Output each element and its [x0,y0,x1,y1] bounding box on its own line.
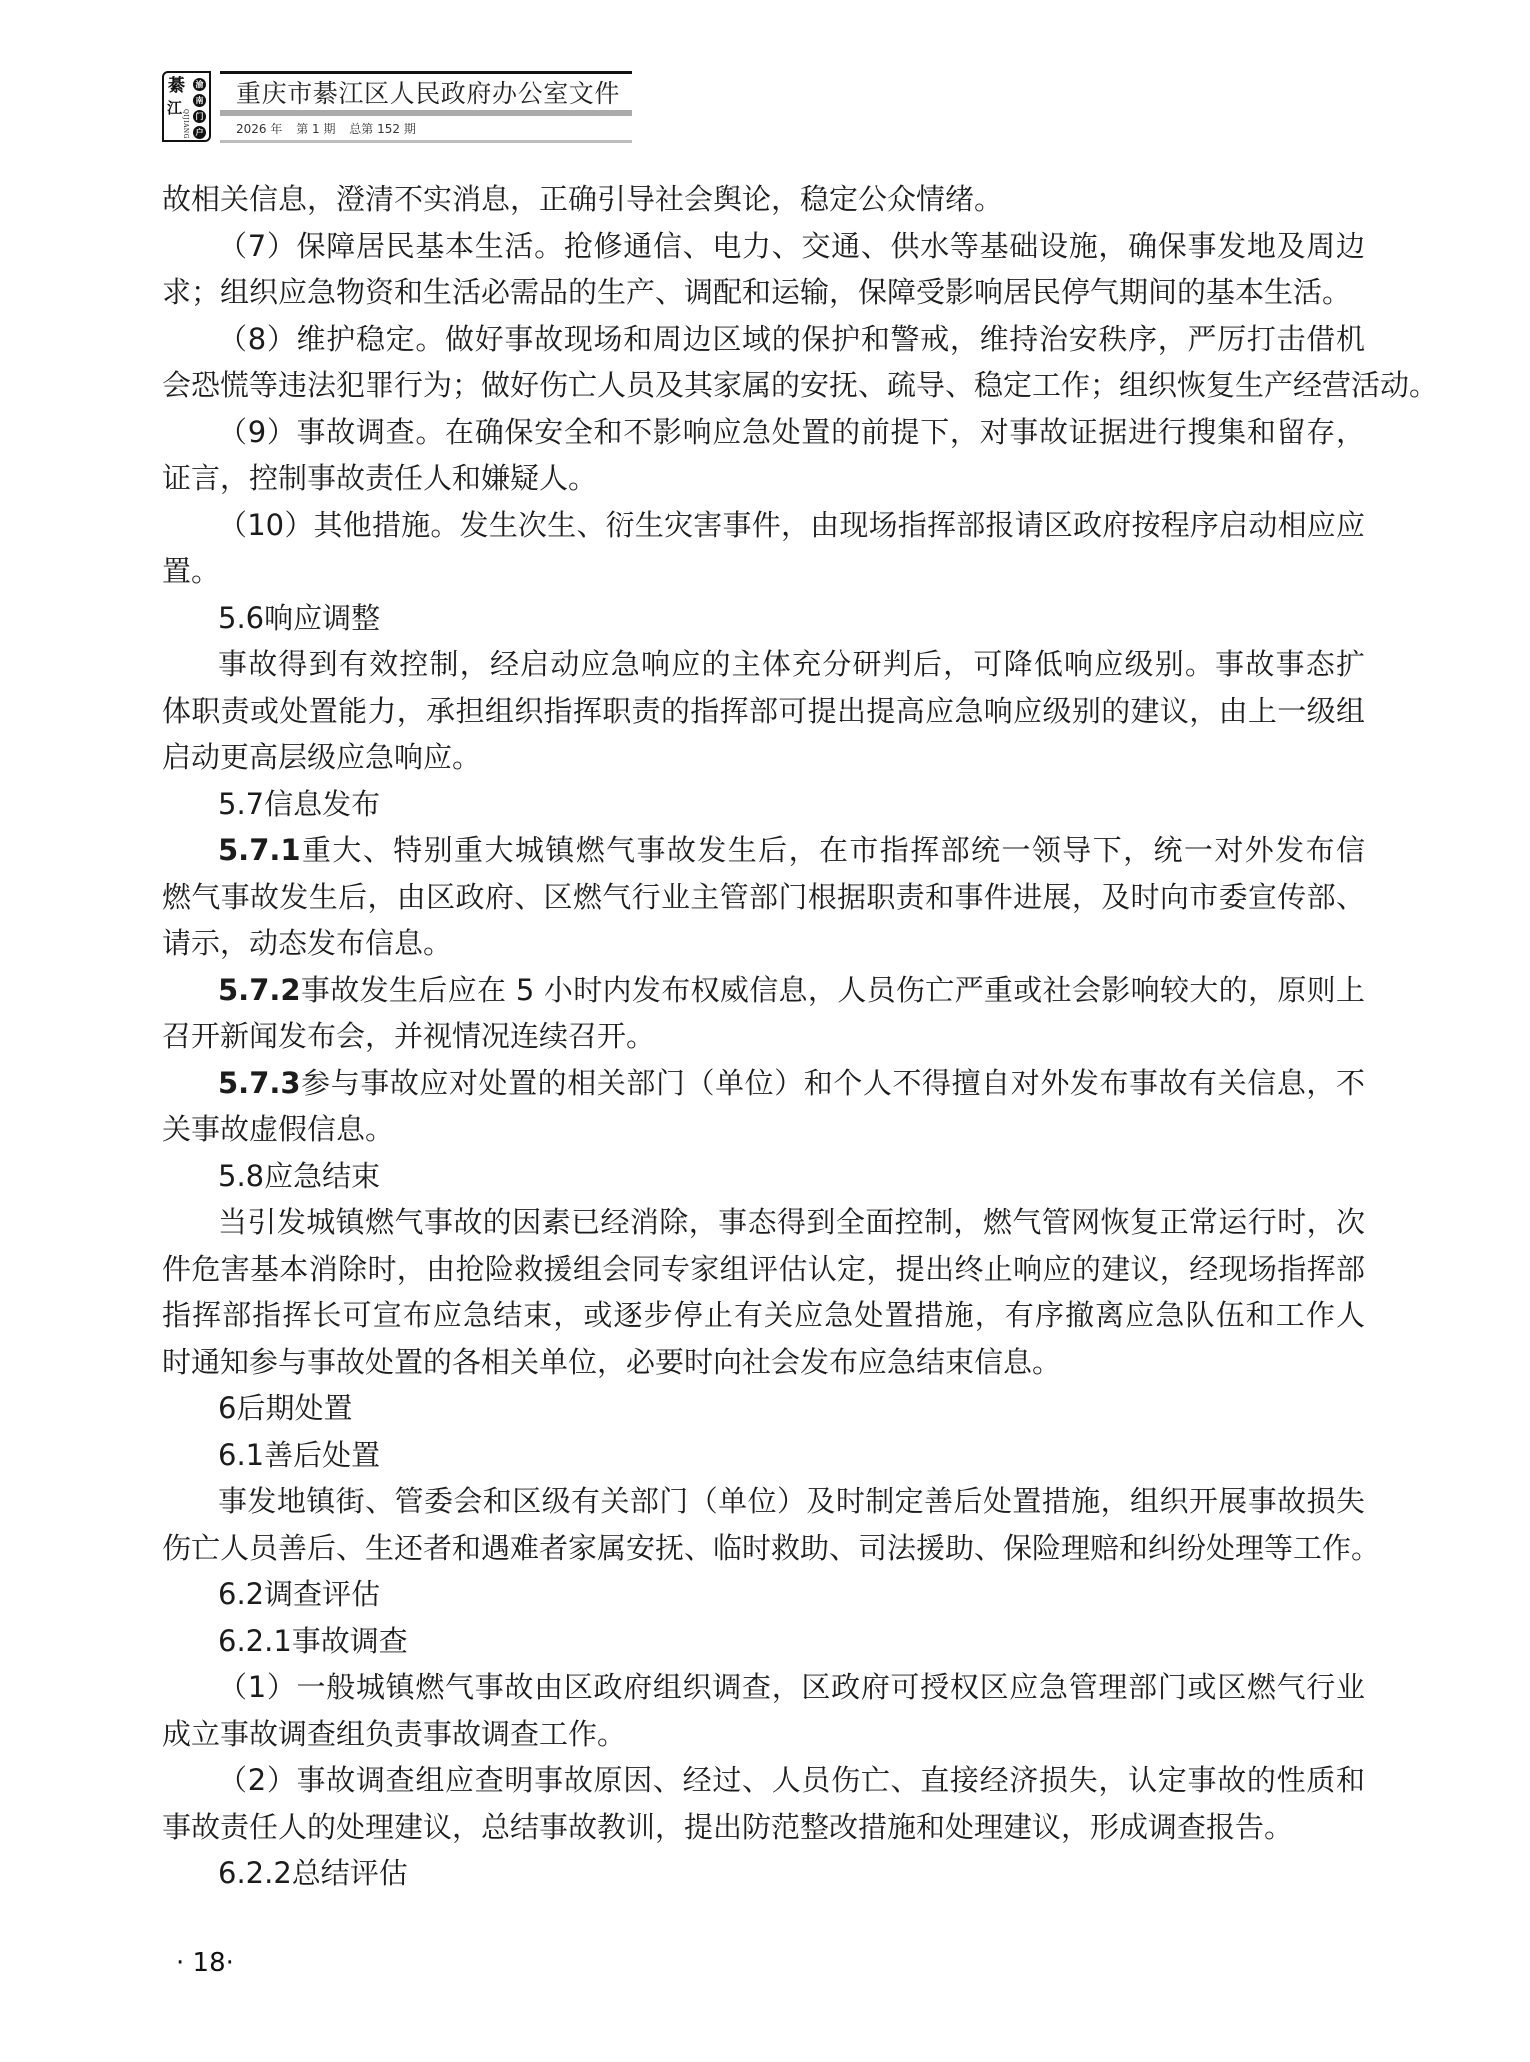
line-text: 其他措施。发生次生、衍生灾害事件，由现场指挥部报请区政府按程序启动相应应急预案共… [218,508,1365,549]
logo-pinyin: QIJIANG [182,109,189,139]
line-text: 请示，动态发布信息。 [162,926,452,960]
paragraph-line: 请示，动态发布信息。 [162,920,1365,967]
line-text: 成立事故调查组负责事故调查工作。 [162,1717,626,1751]
logo-char-jiang: 江 [167,100,182,117]
line-text: 燃气事故发生后，由区政府、区燃气行业主管部门根据职责和事件进展，及时向市委宣传部… [162,880,1365,921]
section-label: 6.1 [218,1438,264,1472]
line-text: 事故得到有效控制，经启动应急响应的主体充分研判后，可降低响应级别。事故事态扩大，… [218,647,1365,688]
line-text: 时通知参与事故处置的各相关单位，必要时向社会发布应急结束信息。 [162,1345,1061,1379]
logo-circle-char: 门 [193,110,206,123]
paragraph-line: 事故责任人的处理建议，总结事故教训，提出防范整改措施和处理建议，形成调查报告。 [162,1804,1365,1851]
paragraph-heading-line: （10）其他措施。发生次生、衍生灾害事件，由现场指挥部报请区政府按程序启动相应应… [162,502,1365,549]
section-label: 5.7.1 [218,833,301,867]
section-label: 5.7.3 [218,1066,301,1100]
logo-circle-char: 渝 [193,78,206,91]
paragraph-heading-line: （2）事故调查组应查明事故原因、经过、人员伤亡、直接经济损失，认定事故的性质和事… [162,1757,1365,1804]
paragraph-heading-line: （9）事故调查。在确保安全和不影响应急处置的前提下，对事故证据进行搜集和留存，寻… [162,409,1365,456]
section-label: （2） [218,1763,297,1797]
paragraph-heading-line: 5.7.1重大、特别重大城镇燃气事故发生后，在市指挥部统一领导下，统一对外发布信… [162,827,1365,874]
logo-circle-char: 户 [193,126,206,139]
line-text: 证言，控制事故责任人和嫌疑人。 [162,461,597,495]
paragraph-heading-line: 6.2.2总结评估 [162,1850,1365,1897]
line-text: 维护稳定。做好事故现场和周边区域的保护和警戒，维持治安秩序，严厉打击借机传播谣言… [218,322,1365,363]
paragraph-heading-line: （1）一般城镇燃气事故由区政府组织调查，区政府可授权区应急管理部门或区燃气行业主… [162,1664,1365,1711]
section-label: （8） [218,322,297,356]
issue-total: 总第 152 期 [349,122,416,136]
line-text: 响应调整 [264,601,380,635]
section-label: 6.2.2 [218,1856,292,1890]
line-text: 保障居民基本生活。抢修通信、电力、交通、供水等基础设施，确保事发地及周边居民用水… [218,229,1365,270]
line-text: 伤亡人员善后、生还者和遇难者家属安抚、临时救助、司法援助、保险理赔和纠纷处理等工… [162,1531,1380,1565]
line-text: 善后处置 [264,1438,380,1472]
paragraph-line: 故相关信息，澄清不实消息，正确引导社会舆论，稳定公众情绪。 [162,176,1365,223]
line-text: 事故调查。在确保安全和不影响应急处置的前提下，对事故证据进行搜集和留存，寻找证人… [218,415,1365,456]
section-label: 6 [218,1391,236,1425]
line-text: 总结评估 [292,1856,408,1890]
paragraph-line: 关事故虚假信息。 [162,1106,1365,1153]
section-label: 5.7.2 [218,973,301,1007]
section-label: 5.7 [218,787,264,821]
logo-circle-group: 渝 南 门 户 [193,78,206,142]
line-text: 件危害基本消除时，由抢险救援组会同专家组评估认定，提出终止响应的建议，经现场指挥… [162,1252,1365,1293]
logo-circle-char: 南 [193,94,206,107]
line-text: 置。 [162,554,220,588]
paragraph-line: 时通知参与事故处置的各相关单位，必要时向社会发布应急结束信息。 [162,1339,1365,1386]
line-text: 启动更高层级应急响应。 [162,740,481,774]
logo-char-qi: 綦 [168,78,185,95]
line-text: 事故调查 [292,1624,408,1658]
line-text: 召开新闻发布会，并视情况连续召开。 [162,1019,655,1053]
masthead-gray-bar [220,110,632,116]
masthead-title: 重庆市綦江区人民政府办公室文件 [236,79,620,109]
paragraph-line: 会恐慌等违法犯罪行为；做好伤亡人员及其家属的安抚、疏导、稳定工作；组织恢复生产经… [162,362,1365,409]
line-text: 后期处置 [236,1391,352,1425]
masthead-top-rule [220,71,632,74]
paragraph-line: 指挥部指挥长可宣布应急结束，或逐步停止有关应急处置措施，有序撤离应急队伍和工作人… [162,1292,1365,1339]
line-text: 会恐慌等违法犯罪行为；做好伤亡人员及其家属的安抚、疏导、稳定工作；组织恢复生产经… [162,368,1438,402]
line-text: 关事故虚假信息。 [162,1112,394,1146]
paragraph-heading-line: 6.1善后处置 [162,1432,1365,1479]
section-label: （1） [218,1670,297,1704]
qijiang-logo: 綦 江 QIJIANG 渝 南 门 户 [162,71,211,142]
paragraph-line: 证言，控制事故责任人和嫌疑人。 [162,455,1365,502]
paragraph-heading-line: 5.6响应调整 [162,595,1365,642]
line-text: 事故责任人的处理建议，总结事故教训，提出防范整改措施和处理建议，形成调查报告。 [162,1810,1293,1844]
masthead: 綦 江 QIJIANG 渝 南 门 户 重庆市綦江区人民政府办公室文件 2026… [162,70,632,144]
line-text: 事发地镇街、管委会和区级有关部门（单位）及时制定善后处置措施，组织开展事故损失统… [218,1484,1365,1525]
section-label: （7） [218,229,297,263]
page-number: · 18· [176,1948,234,1978]
paragraph-heading-line: 6后期处置 [162,1385,1365,1432]
line-text: 体职责或处置能力，承担组织指挥职责的指挥部可提出提高应急响应级别的建议，由上一级… [162,694,1365,735]
paragraph-heading-line: （8）维护稳定。做好事故现场和周边区域的保护和警戒，维持治安秩序，严厉打击借机传… [162,316,1365,363]
line-text: 指挥部指挥长可宣布应急结束，或逐步停止有关应急处置措施，有序撤离应急队伍和工作人… [162,1298,1365,1339]
document-body: 故相关信息，澄清不实消息，正确引导社会舆论，稳定公众情绪。（7）保障居民基本生活… [162,176,1365,1897]
section-label: 5.8 [218,1159,264,1193]
paragraph-heading-line: 5.8应急结束 [162,1153,1365,1200]
paragraph-line: 伤亡人员善后、生还者和遇难者家属安抚、临时救助、司法援助、保险理赔和纠纷处理等工… [162,1525,1365,1572]
paragraph-line: 求；组织应急物资和生活必需品的生产、调配和运输，保障受影响居民停气期间的基本生活… [162,269,1365,316]
section-label: 6.2.1 [218,1624,292,1658]
paragraph-line: 燃气事故发生后，由区政府、区燃气行业主管部门根据职责和事件进展，及时向市委宣传部… [162,874,1365,921]
line-text: 应急结束 [264,1159,380,1193]
paragraph-line: 启动更高层级应急响应。 [162,734,1365,781]
line-text: 事故发生后应在 5 小时内发布权威信息，人员伤亡严重或社会影响较大的，原则上应在… [218,973,1365,1014]
paragraph-line: 事发地镇街、管委会和区级有关部门（单位）及时制定善后处置措施，组织开展事故损失统… [162,1478,1365,1525]
section-label: 6.2 [218,1577,264,1611]
paragraph-line: 体职责或处置能力，承担组织指挥职责的指挥部可提出提高应急响应级别的建议，由上一级… [162,688,1365,735]
paragraph-line: 召开新闻发布会，并视情况连续召开。 [162,1013,1365,1060]
line-text: 事故调查组应查明事故原因、经过、人员伤亡、直接经济损失，认定事故的性质和事故责任… [218,1763,1365,1804]
line-text: 重大、特别重大城镇燃气事故发生后，在市指挥部统一领导下，统一对外发布信息。一般、… [218,833,1365,874]
section-label: 5.6 [218,601,264,635]
paragraph-line: 当引发城镇燃气事故的因素已经消除，事态得到全面控制，燃气管网恢复正常运行时，次生… [162,1199,1365,1246]
paragraph-heading-line: （7）保障居民基本生活。抢修通信、电力、交通、供水等基础设施，确保事发地及周边居… [162,223,1365,270]
line-text: 求；组织应急物资和生活必需品的生产、调配和运输，保障受影响居民停气期间的基本生活… [162,275,1351,309]
section-label: （10） [218,508,314,542]
paragraph-heading-line: 5.7.2事故发生后应在 5 小时内发布权威信息，人员伤亡严重或社会影响较大的，… [162,967,1365,1014]
line-text: 当引发城镇燃气事故的因素已经消除，事态得到全面控制，燃气管网恢复正常运行时，次生… [218,1205,1365,1246]
paragraph-line: 事故得到有效控制，经启动应急响应的主体充分研判后，可降低响应级别。事故事态扩大，… [162,641,1365,688]
paragraph-heading-line: 6.2.1事故调查 [162,1618,1365,1665]
line-text: 调查评估 [264,1577,380,1611]
issue-year: 2026 年 [236,122,282,136]
paragraph-line: 件危害基本消除时，由抢险救援组会同专家组评估认定，提出终止响应的建议，经现场指挥… [162,1246,1365,1293]
paragraph-heading-line: 5.7信息发布 [162,781,1365,828]
paragraph-heading-line: 5.7.3参与事故应对处置的相关部门（单位）和个人不得擅自对外发布事故有关信息，… [162,1060,1365,1107]
line-text: 信息发布 [264,787,380,821]
paragraph-line: 置。 [162,548,1365,595]
issue-number: 第 1 期 [296,122,335,136]
paragraph-heading-line: 6.2调查评估 [162,1571,1365,1618]
line-text: 故相关信息，澄清不实消息，正确引导社会舆论，稳定公众情绪。 [162,182,1003,216]
masthead-issue-info: 2026 年 第 1 期 总第 152 期 [236,121,426,137]
line-text: 参与事故应对处置的相关部门（单位）和个人不得擅自对外发布事故有关信息，不得编造、… [218,1066,1365,1107]
line-text: 一般城镇燃气事故由区政府组织调查，区政府可授权区应急管理部门或区燃气行业主管部门… [218,1670,1365,1711]
section-label: （9） [218,415,297,449]
paragraph-line: 成立事故调查组负责事故调查工作。 [162,1711,1365,1758]
masthead-bottom-rule [220,140,632,143]
